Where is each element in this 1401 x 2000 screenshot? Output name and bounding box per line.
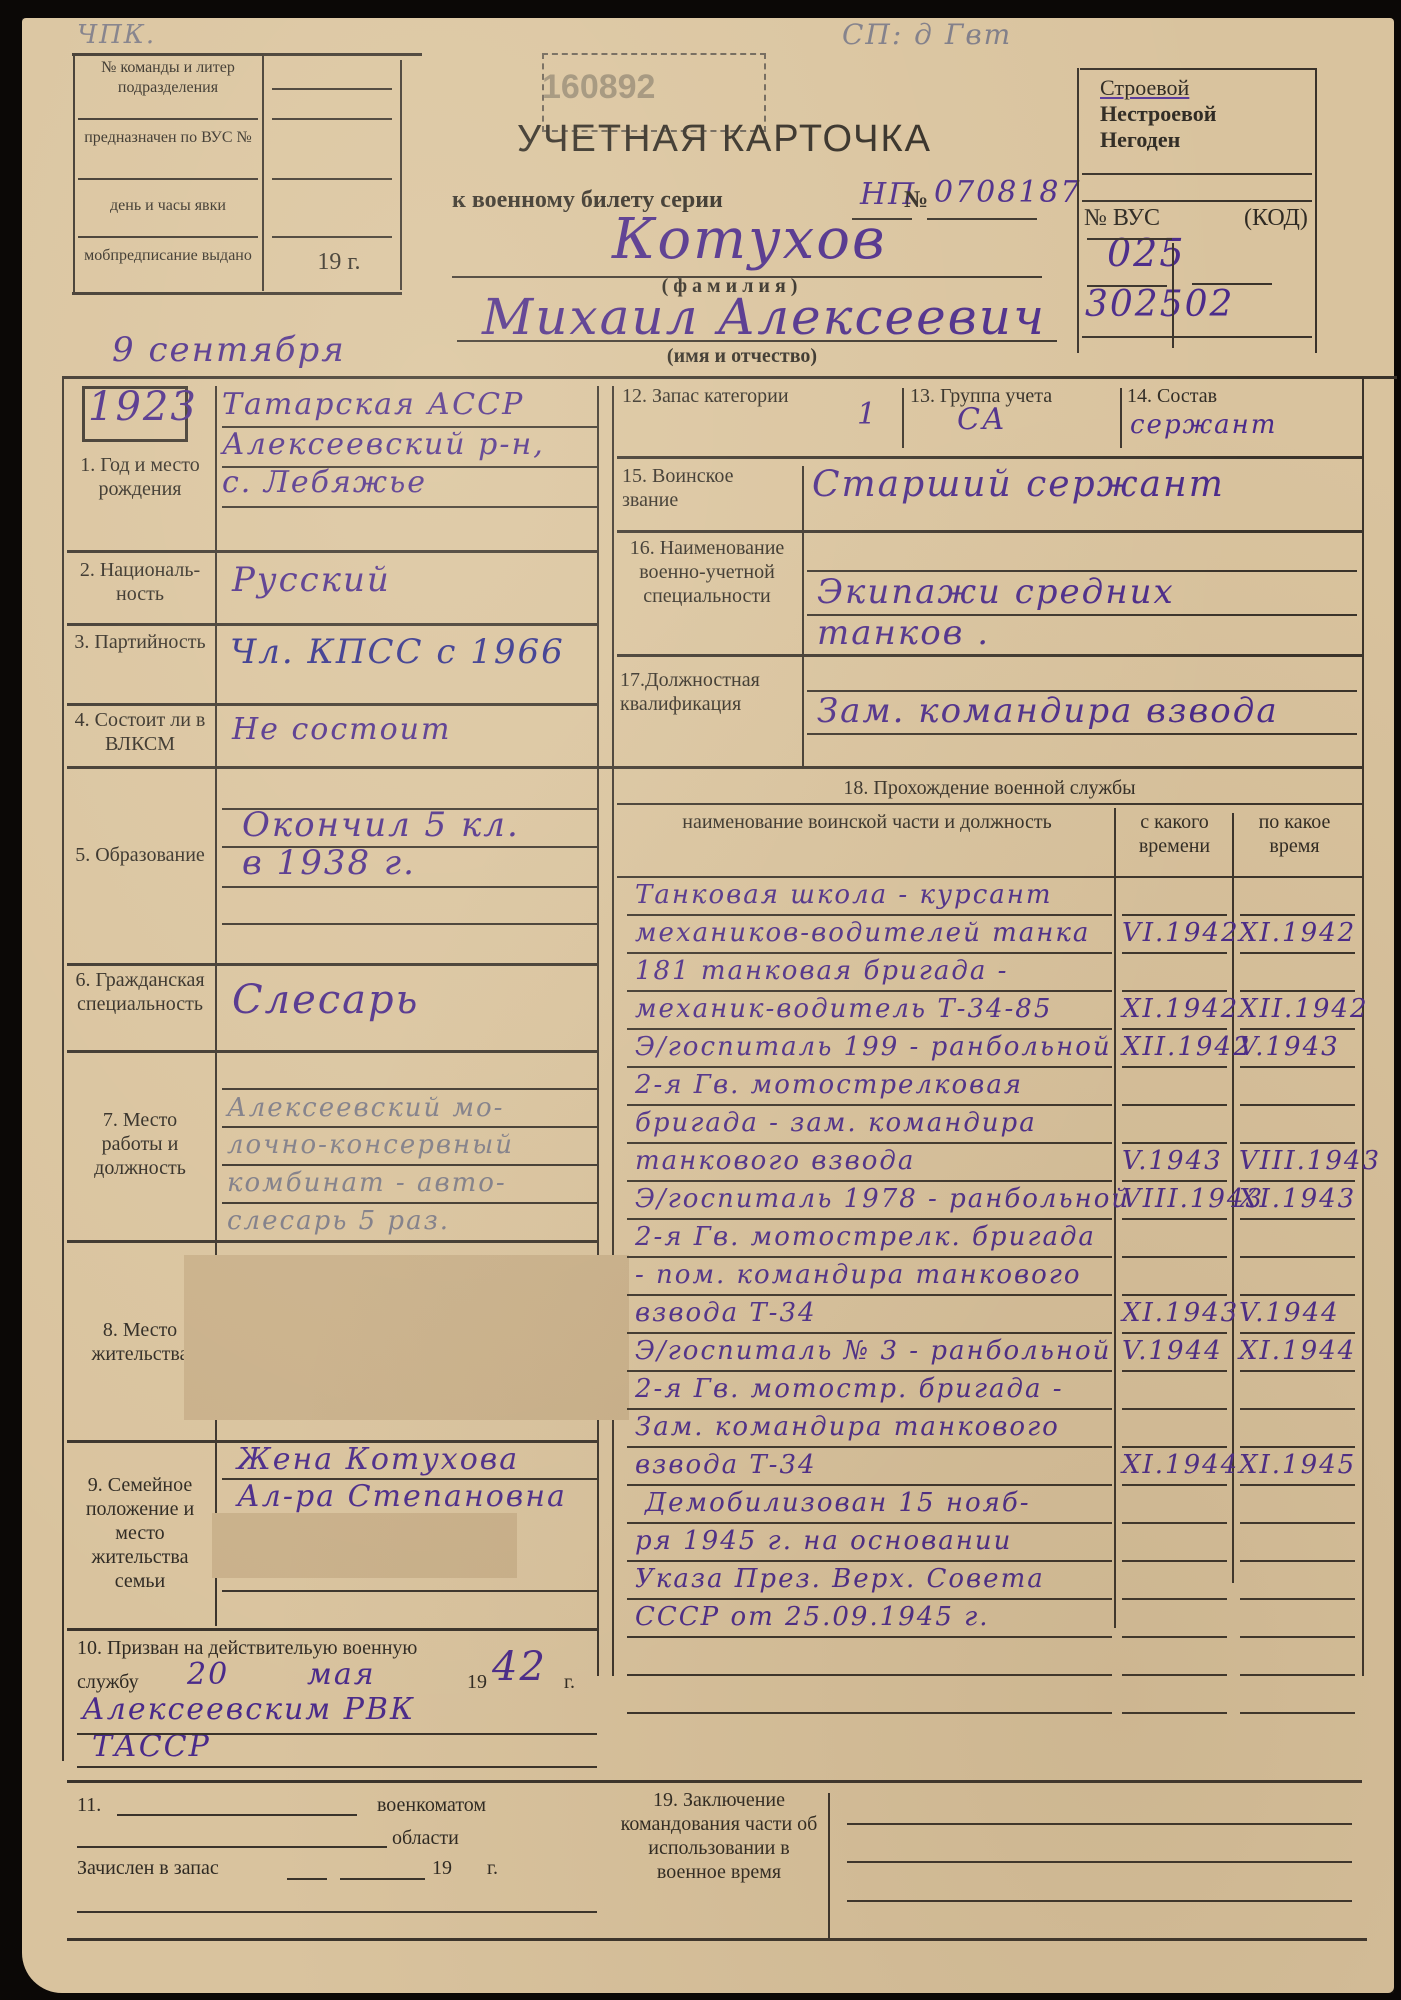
birth-day[interactable]: 9 сентября: [112, 333, 346, 367]
service-row: бригада - зам. командира: [617, 1104, 1362, 1144]
name-patronymic[interactable]: Михаил Алексеевич: [482, 288, 1046, 346]
fitness-option-combat[interactable]: Строевой: [1100, 76, 1189, 100]
service-col-unit: наименование воинской части и должность: [617, 810, 1117, 834]
field-12-value[interactable]: 1: [857, 398, 878, 432]
field-1-line-1[interactable]: Татарская АССР: [222, 388, 524, 422]
service-row: Э/госпиталь 199 - ранбольной XII.1942 V.…: [617, 1028, 1362, 1068]
service-row: 2-я Гв. мотострелк. бригада: [617, 1218, 1362, 1258]
service-row: Э/госпиталь № 3 - ранбольной V.1944 XI.1…: [617, 1332, 1362, 1372]
field-5-label: 5. Образо­вание: [70, 843, 210, 867]
field-2-value[interactable]: Русский: [232, 563, 391, 597]
service-title: 18. Прохождение военной службы: [617, 776, 1362, 800]
field-2-label: 2. Националь­ность: [70, 558, 210, 606]
name-caption: (имя и отчество): [622, 344, 862, 368]
vus-code-label: (КОД): [1244, 206, 1308, 230]
service-row: Танковая школа - курсант: [617, 876, 1362, 916]
service-col-to: по какое время: [1232, 810, 1357, 858]
field-17-value[interactable]: Зам. командира взвода: [817, 694, 1279, 728]
vus-assigned-label: предназначен по ВУС №: [78, 128, 258, 148]
top-right-note: СП: д Гвт: [842, 18, 1012, 52]
fitness-option-noncombat[interactable]: Нестроевой: [1100, 102, 1216, 126]
field-6-value[interactable]: Слесарь: [232, 983, 419, 1017]
field-11-number: 11.: [77, 1793, 101, 1817]
service-row: взвода Т-34 XI.1943 V.1944: [617, 1294, 1362, 1334]
field-6-label: 6. Граждан­ская специ­альность: [70, 968, 210, 1016]
service-row: СССР от 25.09.1945 г.: [617, 1598, 1362, 1638]
conscription-year-prefix: 19: [467, 1670, 487, 1694]
service-row: механик-водитель Т-34-85 XI.1942 XII.194…: [617, 990, 1362, 1030]
field-15-label: 15. Воинское звание: [622, 464, 782, 512]
service-row: 181 танковая бригада -: [617, 952, 1362, 992]
redacted-family-address: [212, 1513, 517, 1578]
field-3-value[interactable]: Чл. КПСС с 1966: [230, 635, 565, 669]
field-9-label: 9. Семейное положение и место жительства…: [70, 1473, 210, 1593]
service-row: Указа През. Верх. Совета: [617, 1560, 1362, 1600]
vus-code-value[interactable]: 302502: [1085, 288, 1234, 322]
service-row: взвода Т-34 XI.1944 XI.1945: [617, 1446, 1362, 1486]
field-16-line-1[interactable]: Экипажи средних: [817, 575, 1175, 609]
field-14-label: 14. Состав: [1127, 384, 1217, 408]
registration-card: ЧПК. СП: д Гвт 160892 № команды и литер …: [22, 18, 1394, 1993]
field-9-line-2[interactable]: Ал-ра Степановна: [237, 1480, 567, 1514]
field-11-oblast: области: [392, 1826, 459, 1850]
field-7-line-4[interactable]: слесарь 5 раз.: [227, 1204, 450, 1238]
field-17-label: 17.Должностная квалификация: [620, 668, 800, 716]
field-15-value[interactable]: Старший сержант: [812, 468, 1225, 502]
ticket-number[interactable]: 0708187: [934, 176, 1082, 210]
field-14-value[interactable]: сержант: [1130, 408, 1277, 442]
field-5-line-1[interactable]: Окончил 5 кл.: [242, 808, 520, 842]
field-4-label: 4. Состоит ли в ВЛКСМ: [70, 708, 210, 756]
field-11-year-prefix: 19: [432, 1856, 452, 1880]
service-table: Танковая школа - курсант механиков-водит…: [617, 876, 1362, 1686]
field-1-label: 1. Год и место рождения: [70, 453, 210, 501]
field-12-label: 12. Запас категории: [622, 384, 789, 408]
field-10-label-2: службу: [77, 1670, 139, 1694]
page-title: УЧЕТНАЯ КАРТОЧКА: [517, 118, 932, 161]
field-1-line-3[interactable]: с. Лебяжье: [222, 466, 427, 500]
field-16-line-2[interactable]: танков .: [817, 616, 990, 650]
field-11-year-unit: г.: [487, 1856, 498, 1880]
field-7-line-3[interactable]: комбинат - авто-: [227, 1166, 507, 1200]
field-16-label: 16. Наименова­ние военно-учетной специал…: [617, 536, 797, 608]
corner-note: ЧПК.: [77, 18, 156, 52]
fitness-option-unfit[interactable]: Негоден: [1100, 128, 1180, 152]
service-row: танкового взвода V.1943 VIII.1943: [617, 1142, 1362, 1182]
redacted-address: [184, 1255, 629, 1420]
field-7-line-2[interactable]: лочно-консервный: [227, 1128, 514, 1162]
field-7-line-1[interactable]: Алексеевский мо-: [227, 1091, 504, 1125]
mob-order-year: 19 г.: [284, 250, 394, 274]
service-row: ря 1945 г. на основании: [617, 1522, 1362, 1562]
field-19-label: 19. Заключе­ние командо­вания части об и…: [614, 1788, 824, 1884]
field-11-reserve-label: Зачислен в запас: [77, 1856, 219, 1880]
conscription-region[interactable]: ТАССР: [92, 1730, 211, 1764]
vus-label: № ВУС: [1084, 206, 1160, 230]
conscription-day[interactable]: 20: [187, 1658, 229, 1692]
field-1-line-2[interactable]: Алексеевский р-н,: [222, 428, 545, 462]
conscription-year[interactable]: 42: [492, 1650, 547, 1684]
service-row: 2-я Гв. мотостр. бригада -: [617, 1370, 1362, 1410]
service-col-from: с какого времени: [1117, 810, 1232, 858]
field-4-value[interactable]: Не состоит: [232, 713, 451, 747]
field-3-label: 3. Партий­ность: [70, 630, 210, 654]
field-11-voenkomat: военкоматом: [377, 1793, 486, 1817]
mob-order-label: мобпредписание выдано: [78, 246, 258, 266]
field-7-label: 7. Место работы и должность: [70, 1108, 210, 1180]
command-number-label: № команды и литер подразделения: [78, 58, 258, 98]
field-13-value[interactable]: СА: [957, 403, 1007, 437]
service-row: механиков-водителей танка VI.1942 XI.194…: [617, 914, 1362, 954]
field-9-line-1[interactable]: Жена Котухова: [237, 1443, 519, 1477]
conscription-year-unit: г.: [564, 1670, 575, 1694]
service-row: Э/госпиталь 1978 - ранбольной VIII.1943 …: [617, 1180, 1362, 1220]
birth-year[interactable]: 1923: [88, 390, 198, 424]
report-time-label: день и часы явки: [78, 196, 258, 216]
service-row: Зам. командира танкового: [617, 1408, 1362, 1448]
number-sign: №: [904, 188, 928, 212]
service-row: Демобилизован 15 нояб-: [617, 1484, 1362, 1524]
service-row: - пом. командира танкового: [617, 1256, 1362, 1296]
service-row: 2-я Гв. мотострелковая: [617, 1066, 1362, 1106]
conscription-month[interactable]: мая: [307, 1658, 376, 1692]
field-5-line-2[interactable]: в 1938 г.: [242, 846, 416, 880]
conscription-office[interactable]: Алексеевским РВК: [82, 1693, 415, 1727]
surname[interactable]: Котухов: [612, 208, 887, 272]
